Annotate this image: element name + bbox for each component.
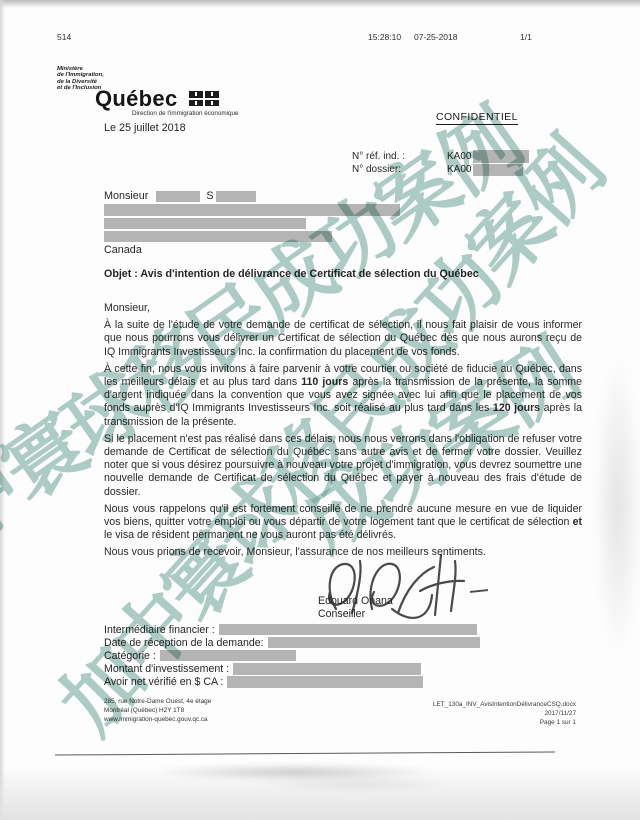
address-line: 285, rue Notre-Dame Ouest, 4e étage (104, 697, 211, 706)
redaction-bar (160, 650, 296, 661)
division-label: Direction de l'immigration économique (132, 110, 239, 117)
signer-name: Edouard Onana (318, 595, 393, 608)
doc-filename: LET_130a_INV_AvisIntentionDélivranceCSQ.… (433, 700, 576, 709)
letter-body: Monsieur, À la suite de l'étude de votre… (104, 302, 582, 564)
redaction-bar (473, 164, 523, 176)
scan-date: 07-25-2018 (414, 32, 457, 42)
redaction-bar (268, 637, 480, 648)
field-label: Montant d'investissement : (104, 663, 229, 675)
paragraph: Nous vous rappelons qu'il est fortement … (104, 503, 582, 543)
redaction-bar (216, 191, 256, 202)
ref-ind-value: KA00 (447, 151, 471, 162)
subject-line: Objet : Avis d'intention de délivrance d… (104, 268, 582, 280)
field-label: Date de réception de la demande: (104, 637, 264, 649)
field-label: Catégorie : (104, 650, 156, 662)
redaction-bar (156, 191, 200, 202)
redaction-bar (104, 231, 332, 242)
redaction-bar (233, 663, 421, 675)
quebec-flag-icon (189, 91, 219, 106)
doc-page-number: Page 1 sur 1 (433, 718, 576, 727)
letter-paragraphs: À la suite de l'étude de votre demande d… (104, 319, 582, 542)
scan-shadow (250, 778, 460, 790)
scan-edge-left (0, 0, 5, 820)
redaction-bar (104, 204, 400, 216)
scan-number: 514 (57, 32, 71, 42)
letter-date: Le 25 juillet 2018 (104, 122, 186, 134)
recipient-country: Canada (104, 244, 142, 256)
redaction-bar (104, 218, 306, 229)
address-line: Montréal (Québec) H2Y 1T8 (104, 706, 211, 715)
scan-page-count: 1/1 (520, 32, 532, 42)
ministry-line: de l'Immigration, (57, 72, 104, 78)
scan-edge-top (0, 0, 640, 8)
redaction-bar (473, 150, 529, 163)
scan-bottom-edge (55, 751, 555, 755)
ministry-line: de la Diversité (57, 79, 104, 85)
admin-fields: Intermédiaire financier : Date de récept… (104, 623, 480, 689)
paragraph: À cette fin, nous vous invitons à faire … (104, 363, 582, 429)
document-reference: LET_130a_INV_AvisIntentionDélivranceCSQ.… (433, 700, 576, 727)
signer-block: Edouard Onana Conseiller (318, 595, 393, 620)
confidential-label: CONFIDENTIEL (436, 111, 518, 125)
field-label: Intermédiaire financier : (104, 624, 215, 636)
scan-time: 15:28:10 (368, 32, 401, 42)
field-label: Avoir net vérifié en $ CA : (104, 676, 223, 688)
ref-ind-label: N° réf. ind. : (352, 151, 447, 162)
doc-date: 2017/11/27 (433, 709, 576, 718)
paragraph: Si le placement n'est pas réalisé dans c… (104, 433, 582, 499)
office-address: 285, rue Notre-Dame Ouest, 4e étage Mont… (104, 697, 211, 724)
recipient-initial: S (206, 190, 213, 202)
dossier-label: N° dossier: (352, 164, 447, 175)
dossier-value: KA00 (447, 164, 471, 175)
reference-block: N° réf. ind. : KA00 N° dossier: KA00 (352, 150, 529, 176)
salutation: Monsieur, (104, 302, 582, 315)
paragraph: À la suite de l'étude de votre demande d… (104, 319, 582, 359)
scanned-letter-page: 514 15:28:10 07-25-2018 1/1 Ministère de… (0, 0, 640, 820)
signer-title: Conseiller (318, 608, 393, 621)
redaction-bar (227, 676, 423, 688)
redaction-bar (219, 624, 477, 635)
quebec-wordmark: Québec (95, 86, 178, 112)
website-text: www.immigration-quebec.gouv.qc.ca (104, 715, 211, 724)
recipient-salutation: Monsieur (104, 190, 148, 202)
scan-streak (596, 360, 640, 650)
